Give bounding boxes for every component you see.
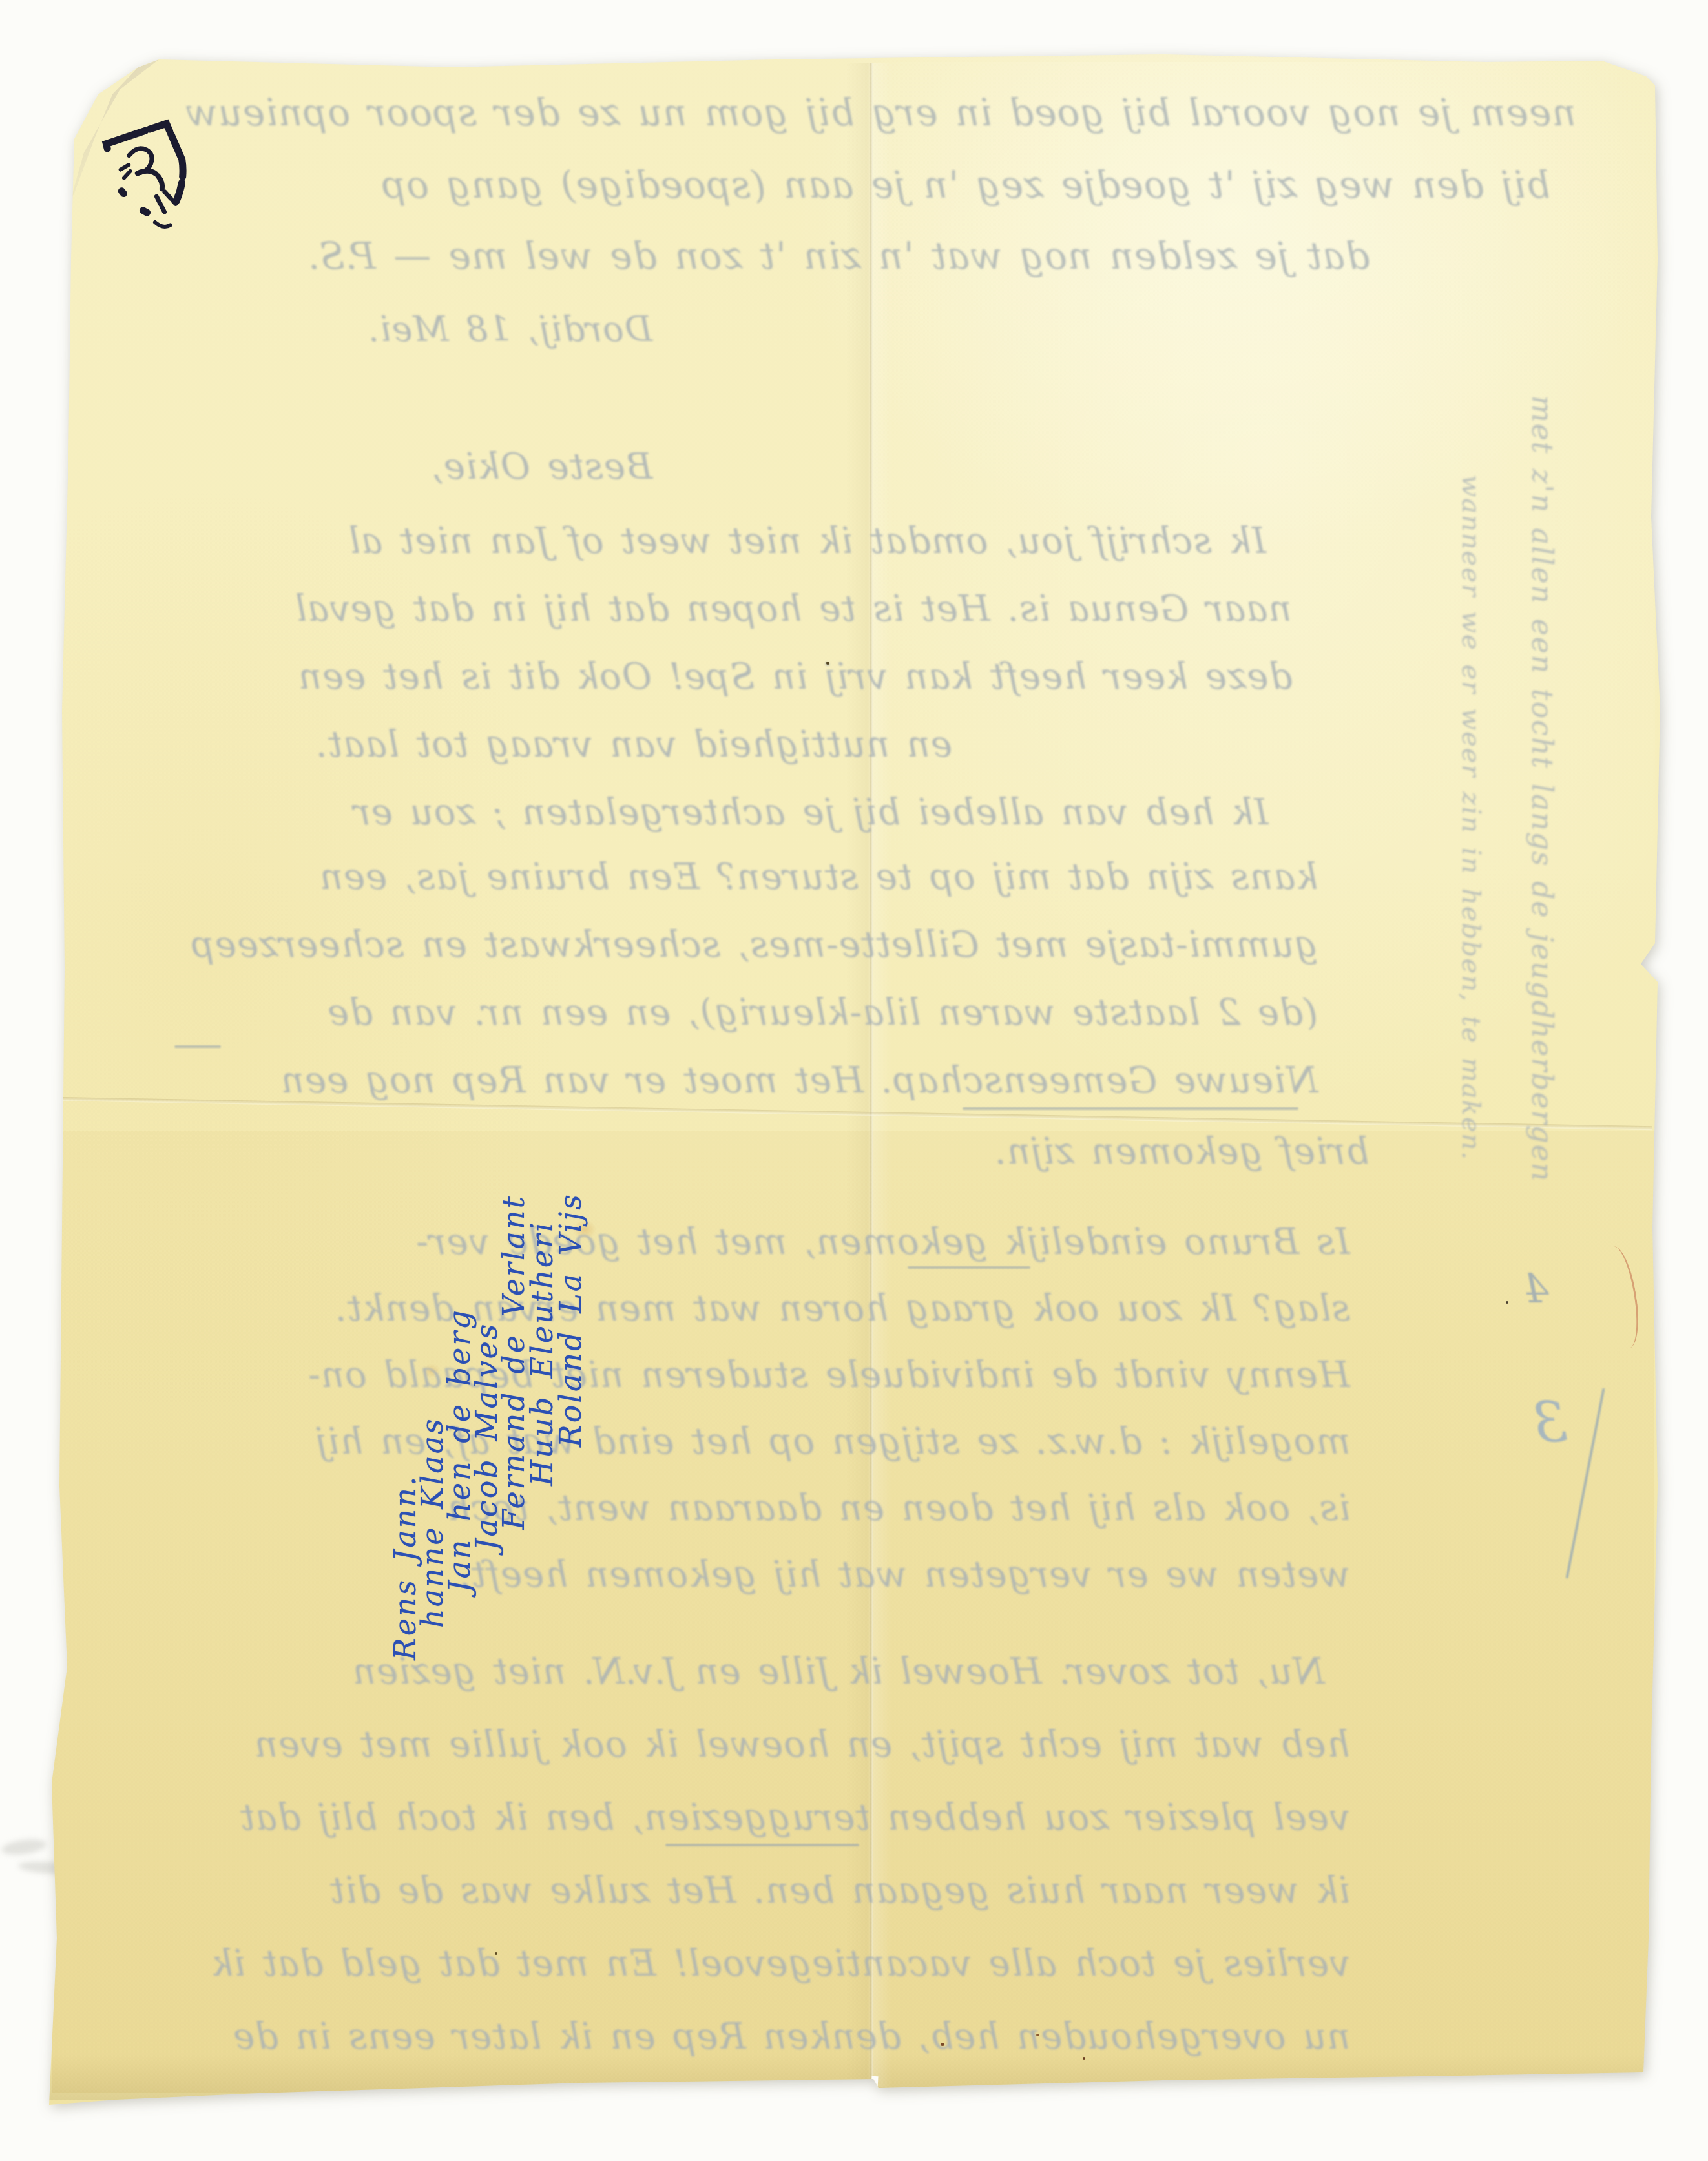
bleed-line: Nu, tot zover. Hoewel ik Jille en J.v.N.… [352,1651,1324,1693]
paper-speck [1083,2057,1085,2060]
paper-speck [495,1952,497,1955]
page-number-mark: 3 [1532,1390,1568,1455]
bird-shield-stamp-icon [95,117,204,244]
fold-edge-notch [871,2076,878,2089]
bleed-line: Ik heb van allebei bij je achtergelaten … [353,791,1269,833]
bleed-underline [908,1266,1030,1269]
bleed-underline [963,1107,1298,1110]
bleed-line: is, ook als hij het doen en daaraan went… [446,1487,1350,1529]
bleed-line: en nuttigheid van vraag tot laat. [315,724,952,766]
bleed-line: kans zijn dat mij op te sturen? Een brui… [319,856,1318,898]
scanned-letter-page: { "document": { "kind": "scan of the bla… [0,0,1708,2161]
bleed-side-note: wanneer we er weer zin in hebben, te mak… [1456,475,1486,1161]
bleed-line: dat je zelden nog wat 'n zin 't zon de w… [307,234,1370,278]
bleed-underline [665,1844,859,1846]
bleed-line: weten we er vergeten wat hij gekomen hee… [459,1554,1350,1596]
paper-sheet: neem je nog vooral bij goed in erg bij g… [0,0,1708,2161]
bleed-line: bij den weg zij 't goedje zeg 'n je aan … [381,163,1550,207]
letter-paper: neem je nog vooral bij goed in erg bij g… [0,0,1708,2161]
bleed-line: Nieuwe Gemeenschap. Het moet er van Rep … [280,1060,1318,1101]
paper-speck [1506,1301,1508,1304]
bleed-underline [174,1045,221,1048]
bleed-line: gummi-tasje met Gillette-mes, scheerkwas… [191,924,1318,966]
paper-speck [826,662,829,665]
bleed-line: deze keer heeft kan vrij in Spe! Ook dit… [298,656,1292,698]
bleed-line: veel plezier zou hebben teruggezien, ben… [240,1797,1350,1839]
bleed-line: brief gekomen zijn. [994,1131,1370,1173]
page-number-mark: 4 [1523,1265,1548,1312]
bleed-line: (de 2 laatste waren lila-kleurig), en ee… [327,992,1318,1034]
bleed-line: heb wat mij echt spijt, en hoewel ik ook… [254,1724,1350,1766]
bleed-salutation: Beste Okie, [431,446,652,488]
paper-speck [941,2043,944,2046]
bleed-line: naar Genua is. Het is te hopen dat hij i… [295,588,1292,630]
bleed-line: ik weer naar huis gegaan ben. Het zulke … [329,1870,1350,1912]
bleed-side-note: met z'n allen een tocht langs de jeugdhe… [1525,395,1558,1182]
bleed-dateline: Dordij, 18 Mei. [368,309,652,350]
paper-speck [1036,2034,1039,2036]
bleed-line: verlies je toch alle vacantiegevoel! En … [211,1943,1350,1985]
blue-name: Rens Jann. [388,1475,422,1660]
bleed-line: nu overgehouden heb, denken Rep en ik la… [233,2016,1350,2058]
bleed-line: Ik schrijf jou, omdat ik niet weet of Ja… [348,520,1266,562]
bleed-line: neem je nog vooral bij goed in erg bij g… [185,90,1576,134]
